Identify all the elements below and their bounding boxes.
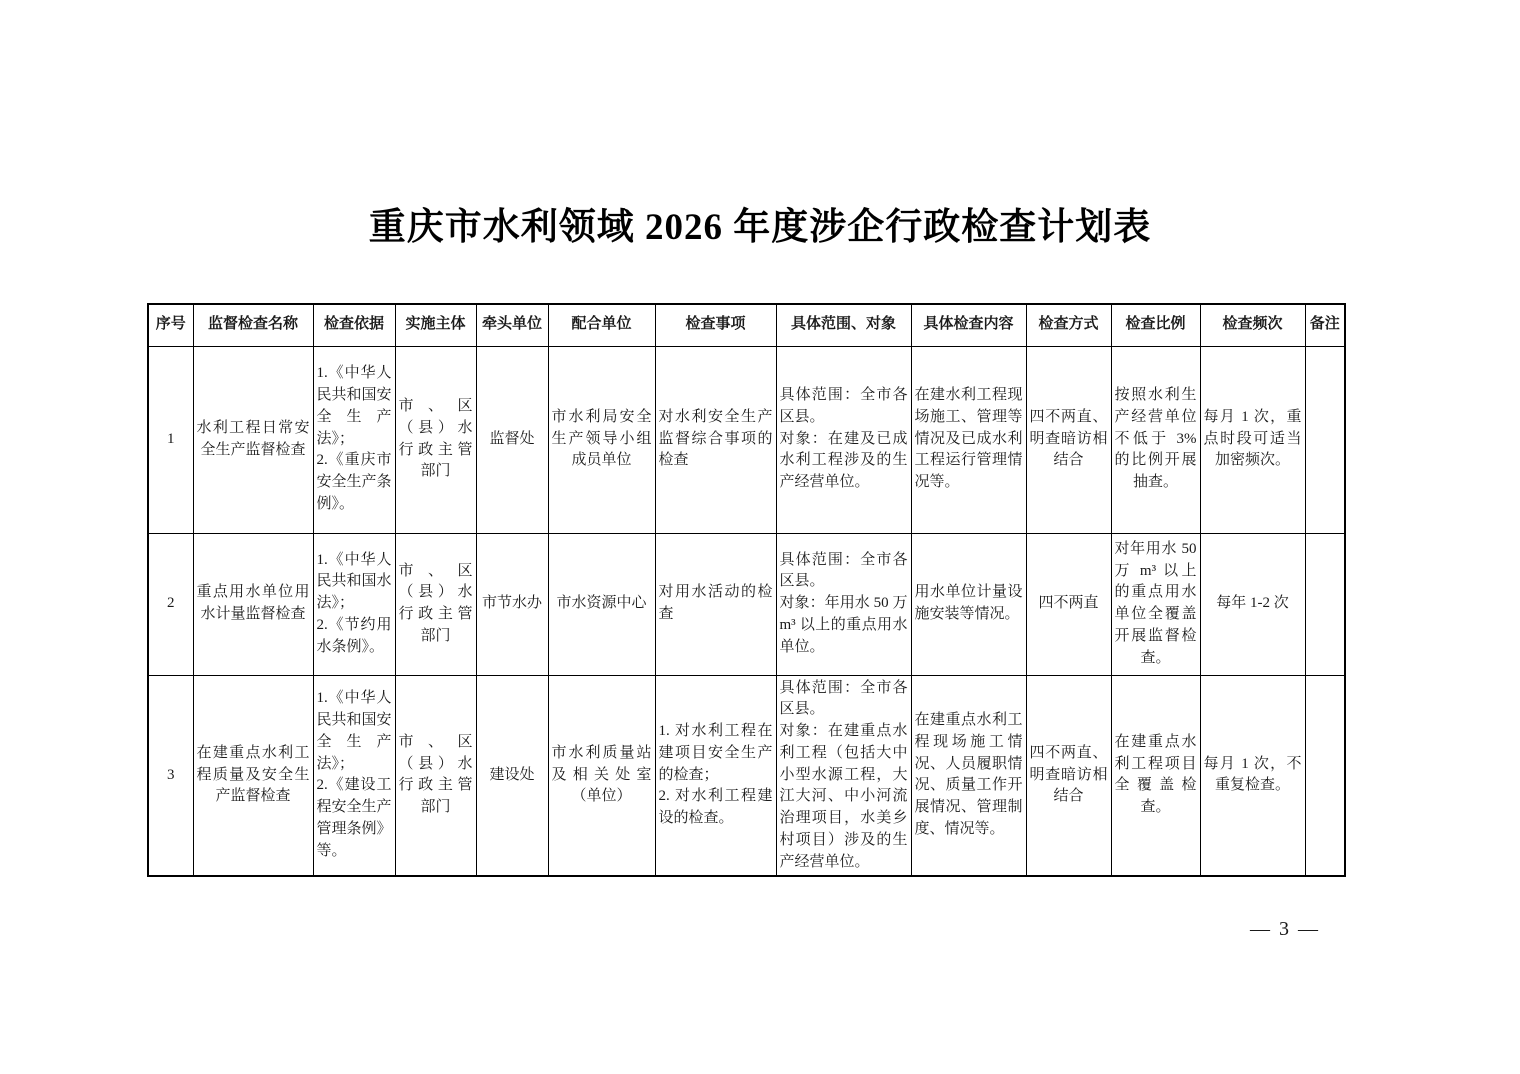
cell-scope: 具体范围：全市各区县。 对象：年用水 50 万 m³ 以上的重点用水单位。 (776, 533, 911, 675)
cell-implementer: 市、区（县）水行政主管部门 (395, 533, 476, 675)
document-page: 重庆市水利领域 2026 年度涉企行政检查计划表 序号 监督检查名称 检查依据 … (0, 0, 1520, 1074)
table-header-row: 序号 监督检查名称 检查依据 实施主体 牵头单位 配合单位 检查事项 具体范围、… (148, 304, 1345, 346)
cell-frequency: 每年 1-2 次 (1200, 533, 1305, 675)
cell-remark (1305, 533, 1345, 675)
cell-frequency: 每月 1 次，重点时段可适当加密频次。 (1200, 346, 1305, 533)
header-basis: 检查依据 (313, 304, 395, 346)
cell-seq: 1 (148, 346, 193, 533)
cell-lead-unit: 建设处 (476, 675, 548, 876)
table-row: 1 水利工程日常安全生产监督检查 1.《中华人民共和国安全生产法》； 2.《重庆… (148, 346, 1345, 533)
cell-lead-unit: 市节水办 (476, 533, 548, 675)
cell-implementer: 市、区（县）水行政主管部门 (395, 675, 476, 876)
header-remark: 备注 (1305, 304, 1345, 346)
cell-lead-unit: 监督处 (476, 346, 548, 533)
page-number: — 3 — (1250, 918, 1320, 941)
cell-method: 四不两直 (1026, 533, 1111, 675)
cell-frequency: 每月 1 次，不重复检查。 (1200, 675, 1305, 876)
cell-content: 用水单位计量设施安装等情况。 (911, 533, 1026, 675)
cell-implementer: 市、区（县）水行政主管部门 (395, 346, 476, 533)
table-row: 2 重点用水单位用水计量监督检查 1.《中华人民共和国水法》； 2.《节约用水条… (148, 533, 1345, 675)
header-ratio: 检查比例 (1111, 304, 1200, 346)
cell-ratio: 按照水利生产经营单位不低于 3%的比例开展抽查。 (1111, 346, 1200, 533)
header-scope: 具体范围、对象 (776, 304, 911, 346)
header-items: 检查事项 (655, 304, 776, 346)
header-lead-unit: 牵头单位 (476, 304, 548, 346)
page-title: 重庆市水利领域 2026 年度涉企行政检查计划表 (0, 196, 1520, 250)
header-coop-unit: 配合单位 (548, 304, 655, 346)
cell-remark (1305, 675, 1345, 876)
cell-basis: 1.《中华人民共和国安全生产法》； 2.《重庆市安全生产条例》。 (313, 346, 395, 533)
cell-name: 重点用水单位用水计量监督检查 (193, 533, 313, 675)
cell-coop-unit: 市水资源中心 (548, 533, 655, 675)
cell-content: 在建重点水利工程现场施工情况、人员履职情况、质量工作开展情况、管理制度、情况等。 (911, 675, 1026, 876)
cell-method: 四不两直、明查暗访相结合 (1026, 346, 1111, 533)
header-seq: 序号 (148, 304, 193, 346)
cell-coop-unit: 市水利局安全生产领导小组成员单位 (548, 346, 655, 533)
header-method: 检查方式 (1026, 304, 1111, 346)
cell-scope: 具体范围：全市各区县。 对象：在建重点水利工程（包括大中小型水源工程，大江大河、… (776, 675, 911, 876)
cell-method: 四不两直、明查暗访相结合 (1026, 675, 1111, 876)
cell-coop-unit: 市水利质量站及相关处室（单位） (548, 675, 655, 876)
cell-basis: 1.《中华人民共和国安全生产法》； 2.《建设工程安全生产管理条例》等。 (313, 675, 395, 876)
header-content: 具体检查内容 (911, 304, 1026, 346)
header-frequency: 检查频次 (1200, 304, 1305, 346)
cell-items: 对用水活动的检查 (655, 533, 776, 675)
cell-ratio: 对年用水 50 万 m³ 以上的重点用水单位全覆盖开展监督检查。 (1111, 533, 1200, 675)
cell-remark (1305, 346, 1345, 533)
cell-ratio: 在建重点水利工程项目全覆盖检查。 (1111, 675, 1200, 876)
cell-content: 在建水利工程现场施工、管理等情况及已成水利工程运行管理情况等。 (911, 346, 1026, 533)
table-row: 3 在建重点水利工程质量及安全生产监督检查 1.《中华人民共和国安全生产法》； … (148, 675, 1345, 876)
header-implementer: 实施主体 (395, 304, 476, 346)
cell-name: 在建重点水利工程质量及安全生产监督检查 (193, 675, 313, 876)
inspection-plan-table: 序号 监督检查名称 检查依据 实施主体 牵头单位 配合单位 检查事项 具体范围、… (147, 303, 1346, 877)
cell-seq: 3 (148, 675, 193, 876)
header-name: 监督检查名称 (193, 304, 313, 346)
cell-seq: 2 (148, 533, 193, 675)
cell-items: 对水利安全生产监督综合事项的检查 (655, 346, 776, 533)
cell-scope: 具体范围：全市各区县。 对象：在建及已成水利工程涉及的生产经营单位。 (776, 346, 911, 533)
cell-basis: 1.《中华人民共和国水法》； 2.《节约用水条例》。 (313, 533, 395, 675)
cell-name: 水利工程日常安全生产监督检查 (193, 346, 313, 533)
cell-items: 1. 对水利工程在建项目安全生产的检查； 2. 对水利工程建设的检查。 (655, 675, 776, 876)
